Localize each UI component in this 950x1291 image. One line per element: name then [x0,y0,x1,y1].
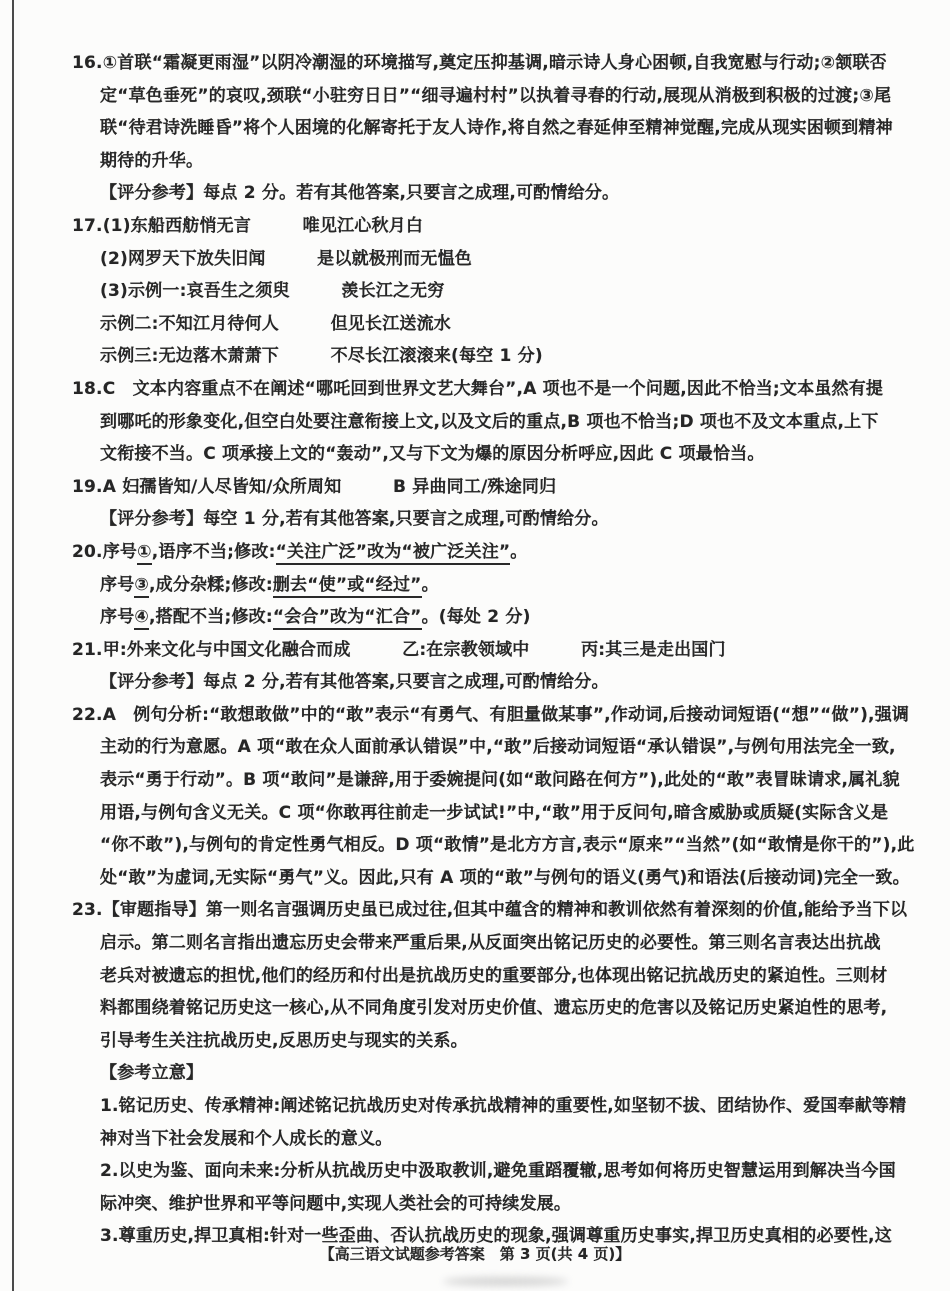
underlined-number: ① [137,542,152,565]
line: 19.A 妇孺皆知/人尽皆知/众所周知 B 异曲同工/殊途同归 [72,471,912,504]
answer-item-20: 20.序号①,语序不当;修改:“关注广泛”改为“被广泛关注”。 序号③,成分杂糅… [72,536,912,634]
answer-item-22: 22.A 例句分析:“敢想敢做”中的“敢”表示“有勇气、有胆量做某事”,作动词,… [72,699,912,895]
answer-item-21: 21.甲:外来文化与中国文化融合而成 乙:在宗教领域中 丙:其三是走出国门 【评… [72,634,912,699]
underlined-correction: “关注广泛”改为“被广泛关注” [276,542,511,565]
answer-item-19: 19.A 妇孺皆知/人尽皆知/众所周知 B 异曲同工/殊途同归 【评分参考】每空… [72,471,912,536]
scoring-note: 【评分参考】每点 2 分,若有其他答案,只要言之成理,可酌情给分。 [72,666,912,699]
text-segment: ,语序不当;修改: [152,542,276,562]
text-segment: 序号 [100,575,134,595]
text-segment: 。 [422,575,439,595]
line: 处“敢”为虚词,无实际“勇气”义。因此,只有 A 项的“敢”与例句的语义(勇气)… [72,862,912,895]
page-footer: 【高三语文试题参考答案 第 3 页(共 4 页)】 [0,1243,950,1264]
answer-item-18: 18.C 文本内容重点不在阐述“哪吒回到世界文艺大舞台”,A 项也不是一个问题,… [72,373,912,471]
text-segment: 。(每处 2 分) [422,607,531,627]
scan-edge-line [12,0,14,1291]
text-segment: ,搭配不当;修改: [149,607,273,627]
line: 料都围绕着铭记历史这一核心,从不同角度引发对历史价值、遗忘历史的危害以及铭记历史… [72,992,912,1025]
line: 17.(1)东船西舫悄无言 唯见江心秋月白 [72,210,912,243]
answer-item-17: 17.(1)东船西舫悄无言 唯见江心秋月白 (2)网罗天下放失旧闻 是以就极刑而… [72,210,912,373]
underlined-correction: “会合”改为“汇合” [273,607,422,630]
line: (3)示例一:哀吾生之须臾 羡长江之无穷 [72,275,912,308]
text-segment: 20.序号 [72,542,137,562]
line: 老兵对被遗忘的担忧,他们的经历和付出是抗战历史的重要部分,也体现出铭记抗战历史的… [72,960,912,993]
line: 主动的行为意愿。A 项“敢在众人面前承认错误”中,“敢”后接动词短语“承认错误”… [72,731,912,764]
line: 表示“勇于行动”。B 项“敢问”是谦辞,用于委婉提问(如“敢问路在何方”),此处… [72,764,912,797]
line: 启示。第二则名言指出遗忘历史会带来严重后果,从反面突出铭记历史的必要性。第三则名… [72,927,912,960]
line: 示例三:无边落木萧萧下 不尽长江滚滚来(每空 1 分) [72,340,912,373]
line: 2.以史为鉴、面向未来:分析从抗战历史中汲取教训,避免重蹈覆辙,思考如何将历史智… [72,1155,912,1188]
line: 期待的升华。 [72,145,912,178]
line: “你不敢”),与例句的肯定性勇气相反。D 项“敢情”是北方方言,表示“原来”“当… [72,829,912,862]
line: 序号③,成分杂糅;修改:删去“使”或“经过”。 [72,569,912,602]
line: 21.甲:外来文化与中国文化融合而成 乙:在宗教领域中 丙:其三是走出国门 [72,634,912,667]
line: 22.A 例句分析:“敢想敢做”中的“敢”表示“有勇气、有胆量做某事”,作动词,… [72,699,912,732]
underlined-number: ④ [134,607,149,630]
line: 际冲突、维护世界和平等问题中,实现人类社会的可持续发展。 [72,1188,912,1221]
underlined-correction: 删去“使”或“经过” [273,575,422,598]
answer-item-16: 16.①首联“霜凝更雨湿”以阴冷潮湿的环境描写,奠定压抑基调,暗示诗人身心困顿,… [72,47,912,210]
underlined-number: ③ [134,575,149,598]
line: 引导考生关注抗战历史,反思历史与现实的关系。 [72,1025,912,1058]
line: 20.序号①,语序不当;修改:“关注广泛”改为“被广泛关注”。 [72,536,912,569]
line: 示例二:不知江月待何人 但见长江送流水 [72,308,912,341]
text-segment: ,成分杂糅;修改: [149,575,273,595]
line: 定“草色垂死”的哀叹,颈联“小驻穷日日”“细寻遍村村”以执着寻春的行动,展现从消… [72,80,912,113]
answer-item-23: 23.【审题指导】第一则名言强调历史虽已成过往,但其中蕴含的精神和教训依然有着深… [72,894,912,1253]
line: 到哪吒的形象变化,但空白处要注意衔接上文,以及文后的重点,B 项也不恰当;D 项… [72,406,912,439]
text-segment: 序号 [100,607,134,627]
line: 用语,与例句含义无关。C 项“你敢再往前走一步试试!”中,“敢”用于反问句,暗含… [72,797,912,830]
line: 1.铭记历史、传承精神:阐述铭记抗战历史对传承抗战精神的重要性,如坚韧不拔、团结… [72,1090,912,1123]
line: (2)网罗天下放失旧闻 是以就极刑而无愠色 [72,243,912,276]
line: 神对当下社会发展和个人成长的意义。 [72,1123,912,1156]
answer-sheet-page: 16.①首联“霜凝更雨湿”以阴冷潮湿的环境描写,奠定压抑基调,暗示诗人身心困顿,… [72,47,912,1253]
line: 联“待君诗洗睡昏”将个人困境的化解寄托于友人诗作,将自然之春延伸至精神觉醒,完成… [72,112,912,145]
line: 16.①首联“霜凝更雨湿”以阴冷潮湿的环境描写,奠定压抑基调,暗示诗人身心困顿,… [72,47,912,80]
text-segment: 。 [510,542,527,562]
line: 18.C 文本内容重点不在阐述“哪吒回到世界文艺大舞台”,A 项也不是一个问题,… [72,373,912,406]
line: 23.【审题指导】第一则名言强调历史虽已成过往,但其中蕴含的精神和教训依然有着深… [72,894,912,927]
line: 序号④,搭配不当;修改:“会合”改为“汇合”。(每处 2 分) [72,601,912,634]
scan-smudge [443,1277,568,1286]
scoring-note: 【评分参考】每点 2 分。若有其他答案,只要言之成理,可酌情给分。 [72,177,912,210]
line: 文衔接不当。C 项承接上文的“轰动”,又与下文为爆的原因分析呼应,因此 C 项最… [72,438,912,471]
scoring-note: 【评分参考】每空 1 分,若有其他答案,只要言之成理,可酌情给分。 [72,503,912,536]
reference-ideas-heading: 【参考立意】 [72,1057,912,1090]
